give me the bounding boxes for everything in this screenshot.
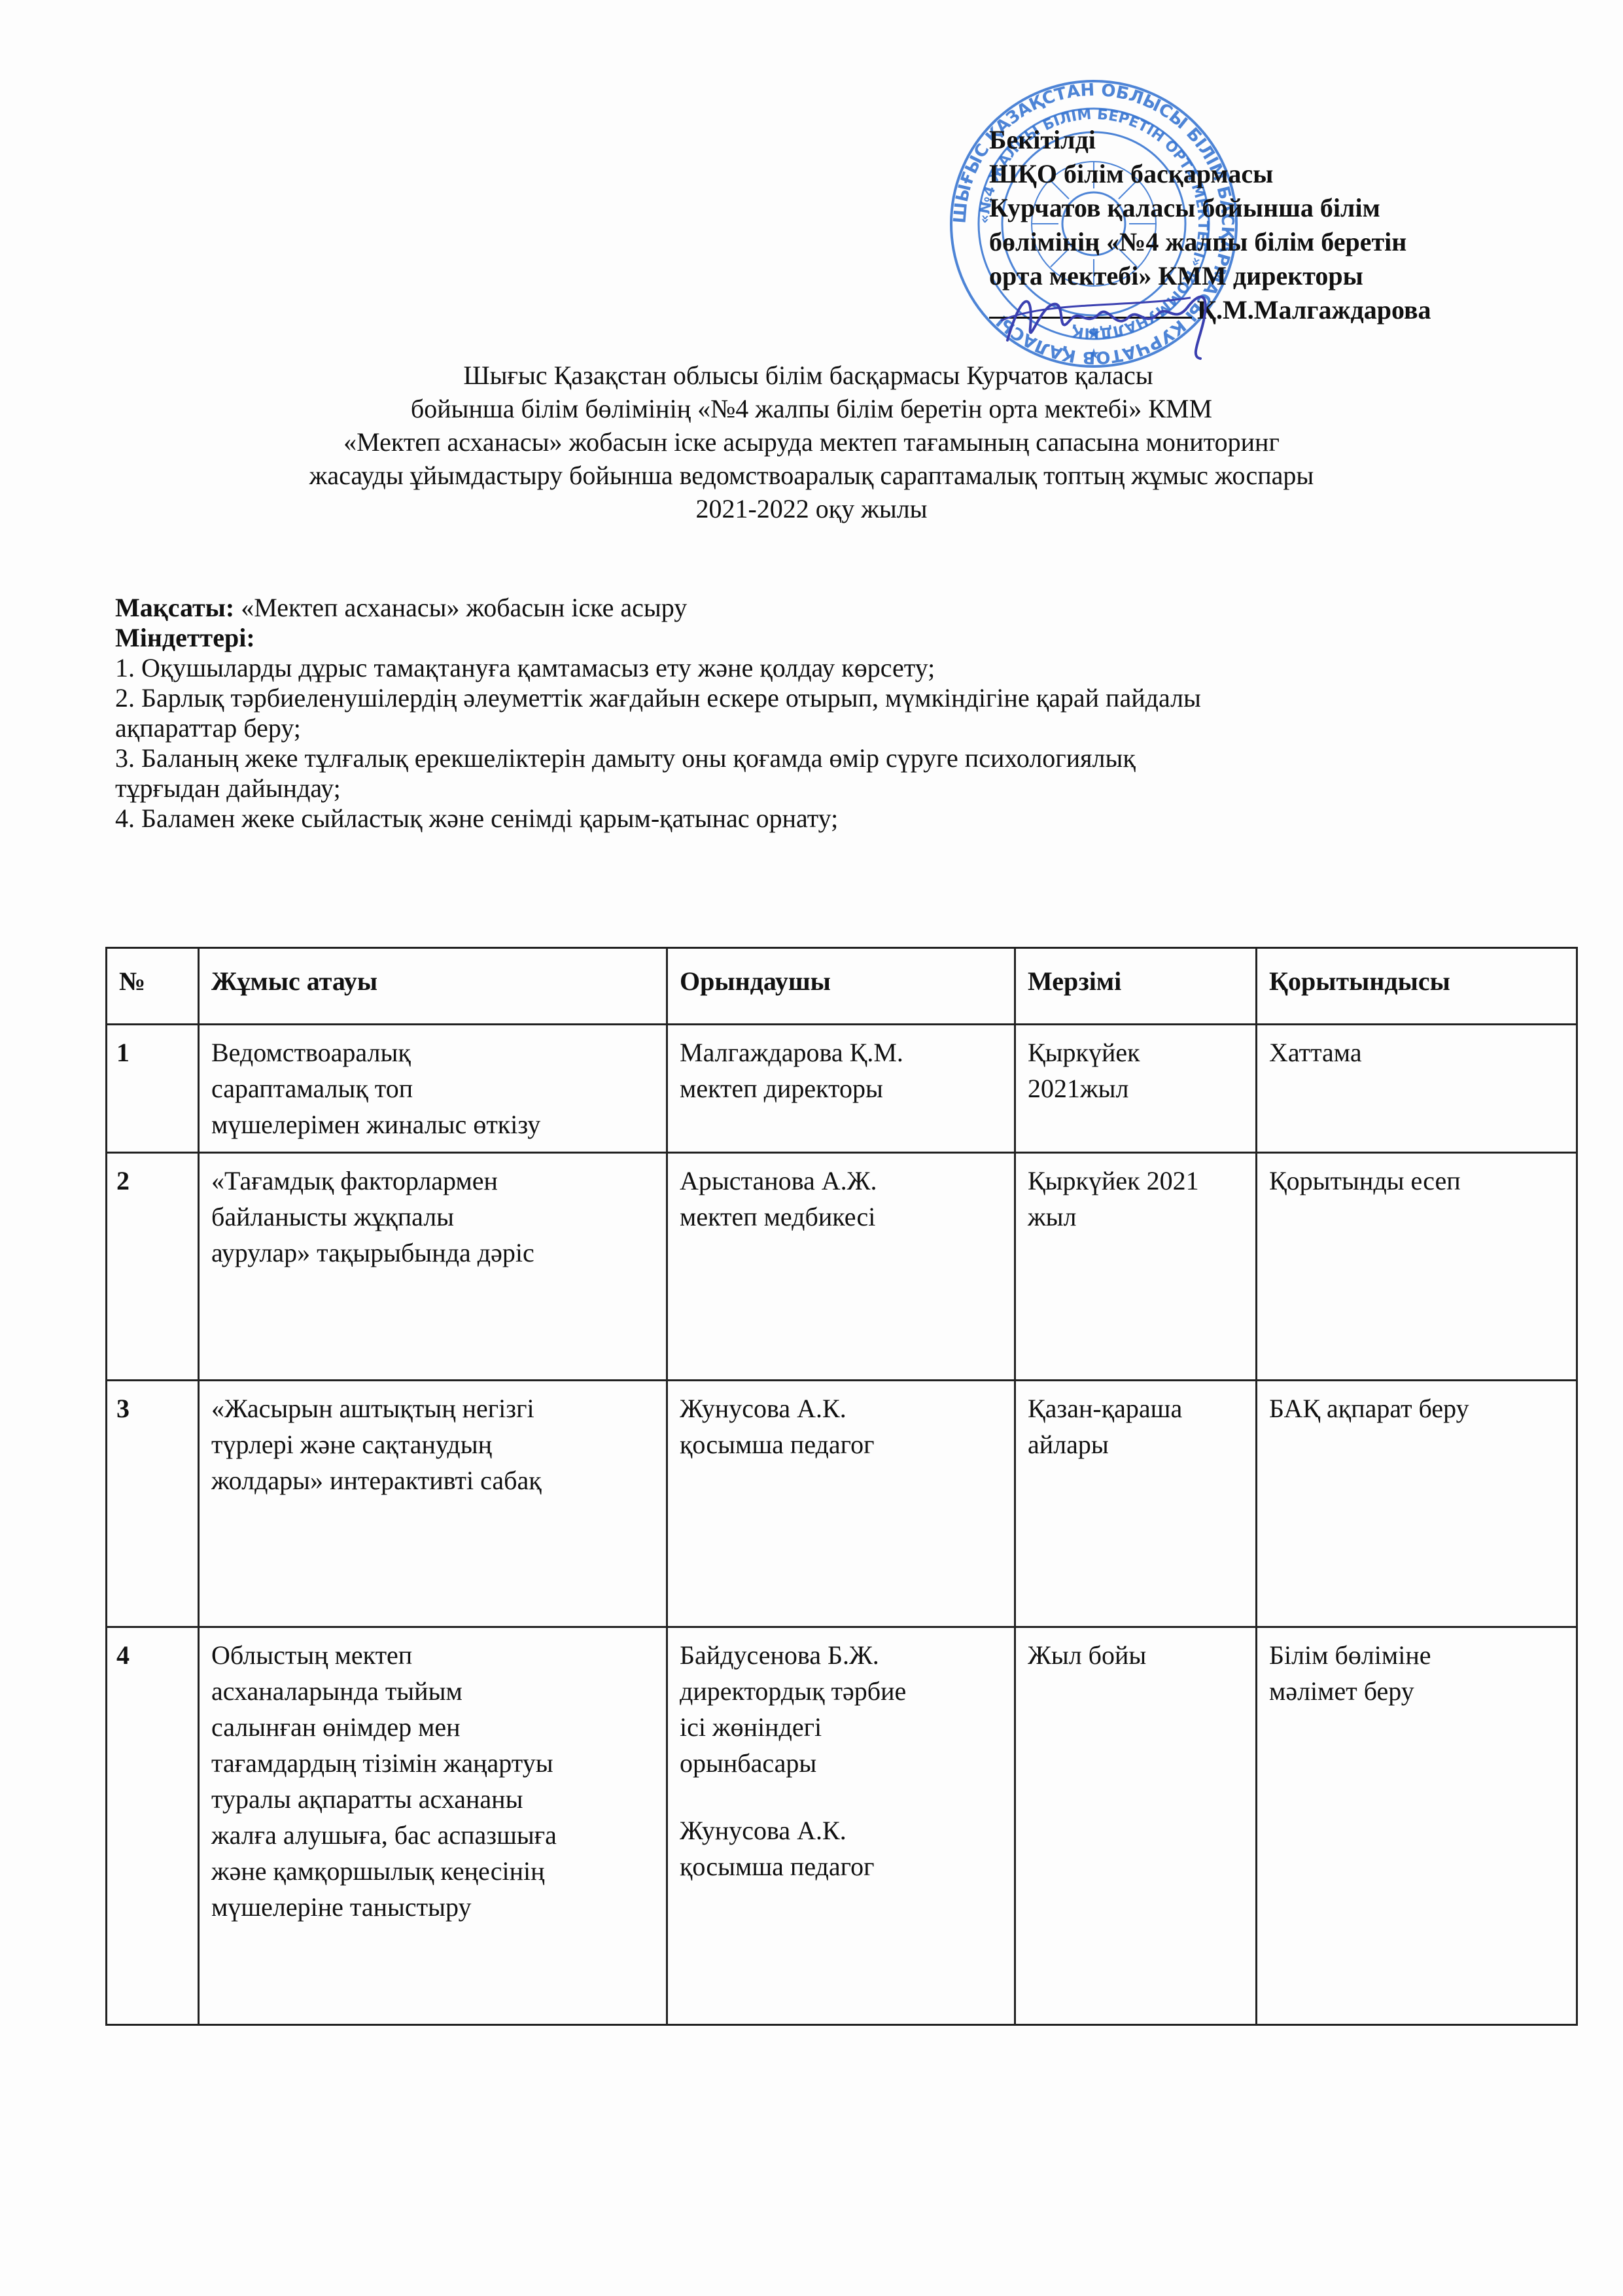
cell-line: қосымша педагог <box>680 1848 1002 1884</box>
cell-line: қосымша педагог <box>680 1426 1002 1462</box>
cell-line: Ведомствоаралық <box>211 1034 654 1070</box>
cell-line: Қазан-қараша <box>1028 1390 1244 1426</box>
cell-number: 4 <box>107 1627 199 2025</box>
cell-line: сараптамалық топ <box>211 1070 654 1106</box>
cell-line: 2021жыл <box>1028 1070 1244 1106</box>
cell-line: БАҚ ақпарат беру <box>1269 1390 1564 1426</box>
goal-text: «Мектеп асханасы» жобасын іске асыру <box>234 593 687 622</box>
document-page: ШЫҒЫС ҚАЗАҚСТАН ОБЛЫСЫ БІЛІМ БАСҚАРМАСЫ … <box>0 0 1623 2296</box>
header-work-name: Жұмыс атауы <box>199 948 667 1025</box>
title-line: «Мектеп асханасы» жобасын іске асыруда м… <box>0 425 1623 459</box>
cell-line: түрлері және сақтанудың <box>211 1426 654 1462</box>
table-row: 2«Тағамдық факторларменбайланысты жұқпал… <box>107 1153 1577 1381</box>
cell-term: Қыркүйек2021жыл <box>1015 1025 1257 1153</box>
title-line: 2021-2022 оқу жылы <box>0 492 1623 525</box>
cell-line: мәлімет беру <box>1269 1673 1564 1709</box>
cell-line: Байдусенова Б.Ж. <box>680 1637 1002 1673</box>
cell-line: Қыркүйек 2021 <box>1028 1163 1244 1199</box>
cell-number: 3 <box>107 1381 199 1627</box>
header-result: Қорытындысы <box>1257 948 1577 1025</box>
cell-line: Қыркүйек <box>1028 1034 1244 1070</box>
header-term: Мерзімі <box>1015 948 1257 1025</box>
cell-line: орынбасары <box>680 1745 1002 1781</box>
approval-line: Бекітілді <box>989 123 1431 157</box>
cell-line: Қорытынды есеп <box>1269 1163 1564 1199</box>
task-line: 3. Баланың жеке тұлғалық ерекшеліктерін … <box>115 743 1574 773</box>
cell-work-name: «Тағамдық факторларменбайланысты жұқпалы… <box>199 1153 667 1381</box>
cell-line: Жунусова А.К. <box>680 1390 1002 1426</box>
table-row: 1Ведомствоаралықсараптамалық топмүшелері… <box>107 1025 1577 1153</box>
title-line: Шығыс Қазақстан облысы білім басқармасы … <box>0 359 1623 392</box>
work-plan-table: № Жұмыс атауы Орындаушы Мерзімі Қорытынд… <box>105 947 1578 2026</box>
cell-line: Малгаждарова Қ.М. <box>680 1034 1002 1070</box>
table-header-row: № Жұмыс атауы Орындаушы Мерзімі Қорытынд… <box>107 948 1577 1025</box>
title-line: жасауды ұйымдастыру бойынша ведомствоара… <box>0 459 1623 492</box>
approval-line: ШҚО білім басқармасы <box>989 157 1431 191</box>
cell-executor: Байдусенова Б.Ж.директордық тәрбиеісі жө… <box>667 1627 1015 2025</box>
cell-term: Қыркүйек 2021жыл <box>1015 1153 1257 1381</box>
cell-line: Хаттама <box>1269 1034 1564 1070</box>
cell-line: Облыстың мектеп <box>211 1637 654 1673</box>
cell-line: Білім бөліміне <box>1269 1637 1564 1673</box>
approval-line: бөлімінің «№4 жалпы білім беретін <box>989 225 1431 259</box>
cell-line: Жыл бойы <box>1028 1637 1244 1673</box>
task-line: 1. Оқушыларды дұрыс тамақтануға қамтамас… <box>115 653 1574 683</box>
cell-work-name: Облыстың мектепасханаларында тыйымсалынғ… <box>199 1627 667 2025</box>
cell-line: аурулар» тақырыбында дәріс <box>211 1235 654 1271</box>
cell-number: 2 <box>107 1153 199 1381</box>
header-number: № <box>107 948 199 1025</box>
signature-icon <box>994 281 1243 360</box>
cell-line: жолдары» интерактивті сабақ <box>211 1462 654 1498</box>
cell-work-name: Ведомствоаралықсараптамалық топмүшелерім… <box>199 1025 667 1153</box>
goals-section: Мақсаты: «Мектеп асханасы» жобасын іске … <box>115 593 1574 834</box>
cell-work-name: «Жасырын аштықтың негізгітүрлері және са… <box>199 1381 667 1627</box>
cell-executor: Жунусова А.К.қосымша педагог <box>667 1381 1015 1627</box>
cell-line: Жунусова А.К. <box>680 1812 1002 1848</box>
cell-result: Білім бөлімінемәлімет беру <box>1257 1627 1577 2025</box>
cell-line: ісі жөніндегі <box>680 1709 1002 1745</box>
cell-line: Арыстанова А.Ж. <box>680 1163 1002 1199</box>
task-line: 2. Барлық тәрбиеленушілердің әлеуметтік … <box>115 683 1574 713</box>
task-line: ақпараттар беру; <box>115 713 1574 743</box>
table-row: 4Облыстың мектепасханаларында тыйымсалын… <box>107 1627 1577 2025</box>
cell-line: асханаларында тыйым <box>211 1673 654 1709</box>
document-title: Шығыс Қазақстан облысы білім басқармасы … <box>0 359 1623 525</box>
header-executor: Орындаушы <box>667 948 1015 1025</box>
cell-line: жыл <box>1028 1199 1244 1235</box>
title-line: бойынша білім бөлімінің «№4 жалпы білім … <box>0 392 1623 425</box>
cell-line: байланысты жұқпалы <box>211 1199 654 1235</box>
cell-line: туралы ақпаратты асхананы <box>211 1781 654 1817</box>
cell-number: 1 <box>107 1025 199 1153</box>
cell-executor: Арыстанова А.Ж.мектеп медбикесі <box>667 1153 1015 1381</box>
cell-term: Жыл бойы <box>1015 1627 1257 2025</box>
cell-line: мүшелеріне таныстыру <box>211 1889 654 1925</box>
cell-executor: Малгаждарова Қ.М.мектеп директоры <box>667 1025 1015 1153</box>
cell-line: мектеп директоры <box>680 1070 1002 1106</box>
approval-line: Курчатов қаласы бойынша білім <box>989 191 1431 225</box>
cell-line: мүшелерімен жиналыс өткізу <box>211 1106 654 1142</box>
cell-gap <box>680 1781 1002 1812</box>
cell-line: директордық тәрбие <box>680 1673 1002 1709</box>
cell-line: салынған өнімдер мен <box>211 1709 654 1745</box>
task-line: 4. Баламен жеке сыйластық және сенімді қ… <box>115 804 1574 834</box>
goal-line: Мақсаты: «Мектеп асханасы» жобасын іске … <box>115 593 1574 623</box>
goal-label: Мақсаты: <box>115 593 234 622</box>
cell-line: жалға алушыға, бас аспазшыға <box>211 1817 654 1853</box>
table-row: 3«Жасырын аштықтың негізгітүрлері және с… <box>107 1381 1577 1627</box>
cell-line: «Жасырын аштықтың негізгі <box>211 1390 654 1426</box>
task-line: тұрғыдан дайындау; <box>115 773 1574 804</box>
cell-result: БАҚ ақпарат беру <box>1257 1381 1577 1627</box>
cell-line: «Тағамдық факторлармен <box>211 1163 654 1199</box>
cell-term: Қазан-қарашаайлары <box>1015 1381 1257 1627</box>
cell-line: тағамдардың тізімін жаңартуы <box>211 1745 654 1781</box>
tasks-label: Міндеттері: <box>115 623 1574 653</box>
cell-result: Қорытынды есеп <box>1257 1153 1577 1381</box>
cell-line: айлары <box>1028 1426 1244 1462</box>
cell-line: мектеп медбикесі <box>680 1199 1002 1235</box>
cell-result: Хаттама <box>1257 1025 1577 1153</box>
cell-line: және қамқоршылық кеңесінің <box>211 1853 654 1889</box>
